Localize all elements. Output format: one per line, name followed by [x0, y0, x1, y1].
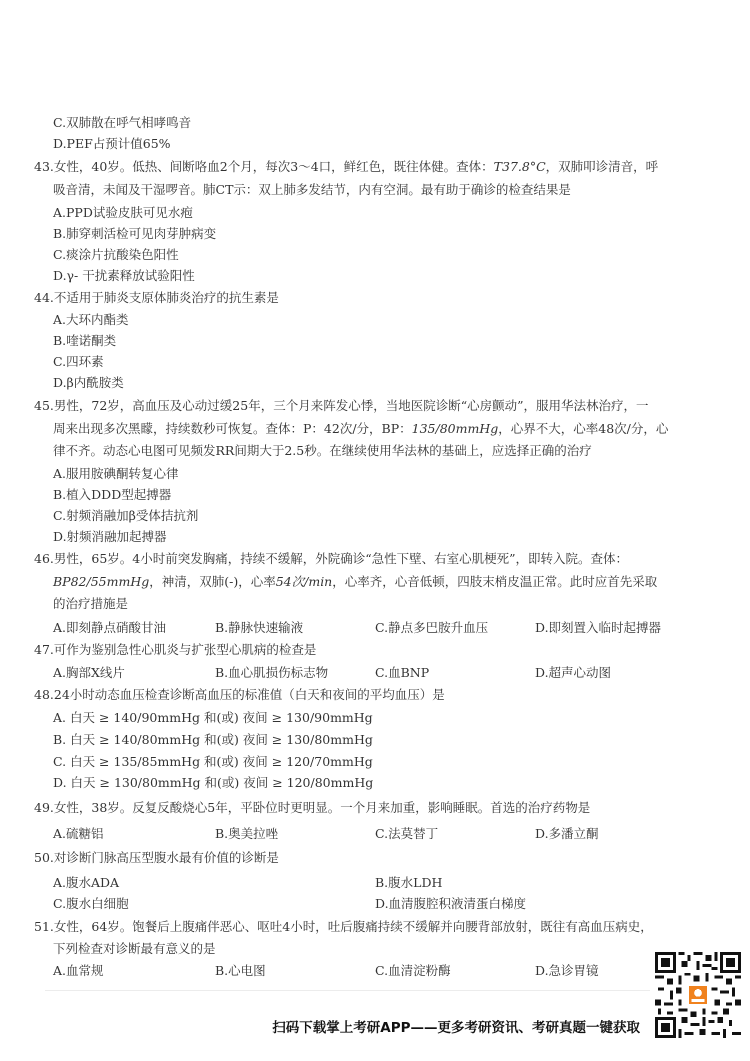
q46-stem-line-2: BP82/55mmHg，神清，双肺(-)，心率54次/min，心率齐，心音低顿，…: [53, 573, 657, 591]
q43-option-c: C.痰涂片抗酸染色阳性: [53, 246, 179, 264]
q43-temperature: T37.8°C: [494, 159, 546, 174]
q45-option-a: A.服用胺碘酮转复心律: [53, 465, 179, 483]
q42-option-c: C.双肺散在呼气相哮鸣音: [53, 114, 191, 132]
q45-blood-pressure: 135/80mmHg: [412, 421, 499, 436]
q51-option-a: A.血常规: [53, 962, 104, 980]
q50-option-c: C.腹水白细胞: [53, 895, 129, 913]
q44-stem: 44.不适用于肺炎支原体肺炎治疗的抗生素是: [34, 289, 279, 307]
q49-stem: 49.女性，38岁。反复反酸烧心5年，平卧位时更明显。一个月来加重，影响睡眠。首…: [34, 799, 590, 817]
q45-option-d: D.射频消融加起搏器: [53, 528, 167, 546]
q46-heart-rate: 54次/min: [276, 574, 333, 589]
q45-stem-line-2: 周来出现多次黑矇，持续数秒可恢复。查体：P：42次/分，BP：135/80mmH…: [53, 420, 668, 438]
q46-option-d: D.即刻置入临时起搏器: [535, 619, 661, 637]
q51-option-c: C.血清淀粉酶: [375, 962, 451, 980]
q51-option-d: D.急诊胃镜: [535, 962, 599, 980]
q43-stem-line-2: 吸音清，未闻及干湿啰音。肺CT示：双上肺多发结节，内有空洞。最有助于确诊的检查结…: [53, 181, 571, 199]
q44-option-d: D.β内酰胺类: [53, 374, 124, 392]
q50-option-b: B.腹水LDH: [375, 874, 442, 892]
q44-option-a: A.大环内酯类: [53, 311, 129, 329]
q47-option-b: B.血心肌损伤标志物: [215, 664, 328, 682]
q51-stem-line-1: 51.女性，64岁。饱餐后上腹痛伴恶心、呕吐4小时，吐后腹痛持续不缓解并向腰背部…: [34, 918, 653, 936]
q47-option-d: D.超声心动图: [535, 664, 611, 682]
q45-stem-line-1: 45.男性，72岁，高血压及心动过缓25年，三个月来阵发心悸，当地医院诊断“心房…: [34, 397, 648, 415]
q44-option-c: C.四环素: [53, 353, 104, 371]
footer-divider: [45, 990, 650, 991]
q46-option-b: B.静脉快速输液: [215, 619, 303, 637]
q46-option-a: A.即刻静点硝酸甘油: [53, 619, 166, 637]
q48-option-c: C. 白天 ≥ 135/85mmHg 和(或) 夜间 ≥ 120/70mmHg: [53, 753, 373, 771]
q51-stem-line-2: 下列检查对诊断最有意义的是: [53, 940, 216, 958]
q48-option-b: B. 白天 ≥ 140/80mmHg 和(或) 夜间 ≥ 130/80mmHg: [53, 731, 373, 749]
q47-option-a: A.胸部X线片: [53, 664, 125, 682]
q50-option-a: A.腹水ADA: [53, 874, 119, 892]
footer-promo-text: 扫码下载掌上考研APP——更多考研资讯、考研真题一键获取: [0, 1016, 640, 1036]
q42-option-d: D.PEF占预计值65%: [53, 135, 171, 153]
q45-stem-line-3: 律不齐。动态心电图可见频发RR间期大于2.5秒。在继续使用华法林的基础上，应选择…: [53, 442, 592, 460]
q49-option-d: D.多潘立酮: [535, 825, 599, 843]
q51-option-b: B.心电图: [215, 962, 266, 980]
q46-blood-pressure: BP82/55mmHg: [53, 574, 149, 589]
q50-stem: 50.对诊断门脉高压型腹水最有价值的诊断是: [34, 849, 279, 867]
q48-option-d: D. 白天 ≥ 130/80mmHg 和(或) 夜间 ≥ 120/80mmHg: [53, 774, 373, 792]
q43-option-d: D.γ- 干扰素释放试验阳性: [53, 267, 195, 285]
q43-option-b: B.肺穿刺活检可见肉芽肿病变: [53, 225, 216, 243]
q46-stem-line-1: 46.男性，65岁。4小时前突发胸痛，持续不缓解，外院确诊“急性下壁、右室心肌梗…: [34, 550, 628, 568]
q50-option-d: D.血清腹腔积液清蛋白梯度: [375, 895, 526, 913]
q45-option-b: B.植入DDD型起搏器: [53, 486, 171, 504]
q43-option-a: A.PPD试验皮肤可见水疱: [53, 204, 193, 222]
q47-stem: 47.可作为鉴别急性心肌炎与扩张型心肌病的检查是: [34, 641, 316, 659]
q47-option-c: C.血BNP: [375, 664, 429, 682]
q49-option-c: C.法莫替丁: [375, 825, 438, 843]
q45-option-c: C.射频消融加β受体拮抗剂: [53, 507, 198, 525]
q49-option-a: A.硫糖铝: [53, 825, 104, 843]
qr-code-icon[interactable]: [655, 952, 741, 1038]
q46-option-c: C.静点多巴胺升血压: [375, 619, 488, 637]
q46-stem-line-3: 的治疗措施是: [53, 595, 128, 613]
q49-option-b: B.奥美拉唑: [215, 825, 278, 843]
q43-stem-line-1: 43.女性，40岁。低热、间断咯血2个月，每次3～4口，鲜红色，既往体健。查体：…: [34, 158, 658, 176]
q44-option-b: B.喹诺酮类: [53, 332, 116, 350]
q48-option-a: A. 白天 ≥ 140/90mmHg 和(或) 夜间 ≥ 130/90mmHg: [53, 709, 373, 727]
qr-code-graphic: [655, 952, 741, 1038]
q48-stem: 48.24小时动态血压检查诊断高血压的标准值（白天和夜间的平均血压）是: [34, 686, 445, 704]
exam-page: C.双肺散在呼气相哮鸣音 D.PEF占预计值65% 43.女性，40岁。低热、间…: [0, 0, 750, 1061]
